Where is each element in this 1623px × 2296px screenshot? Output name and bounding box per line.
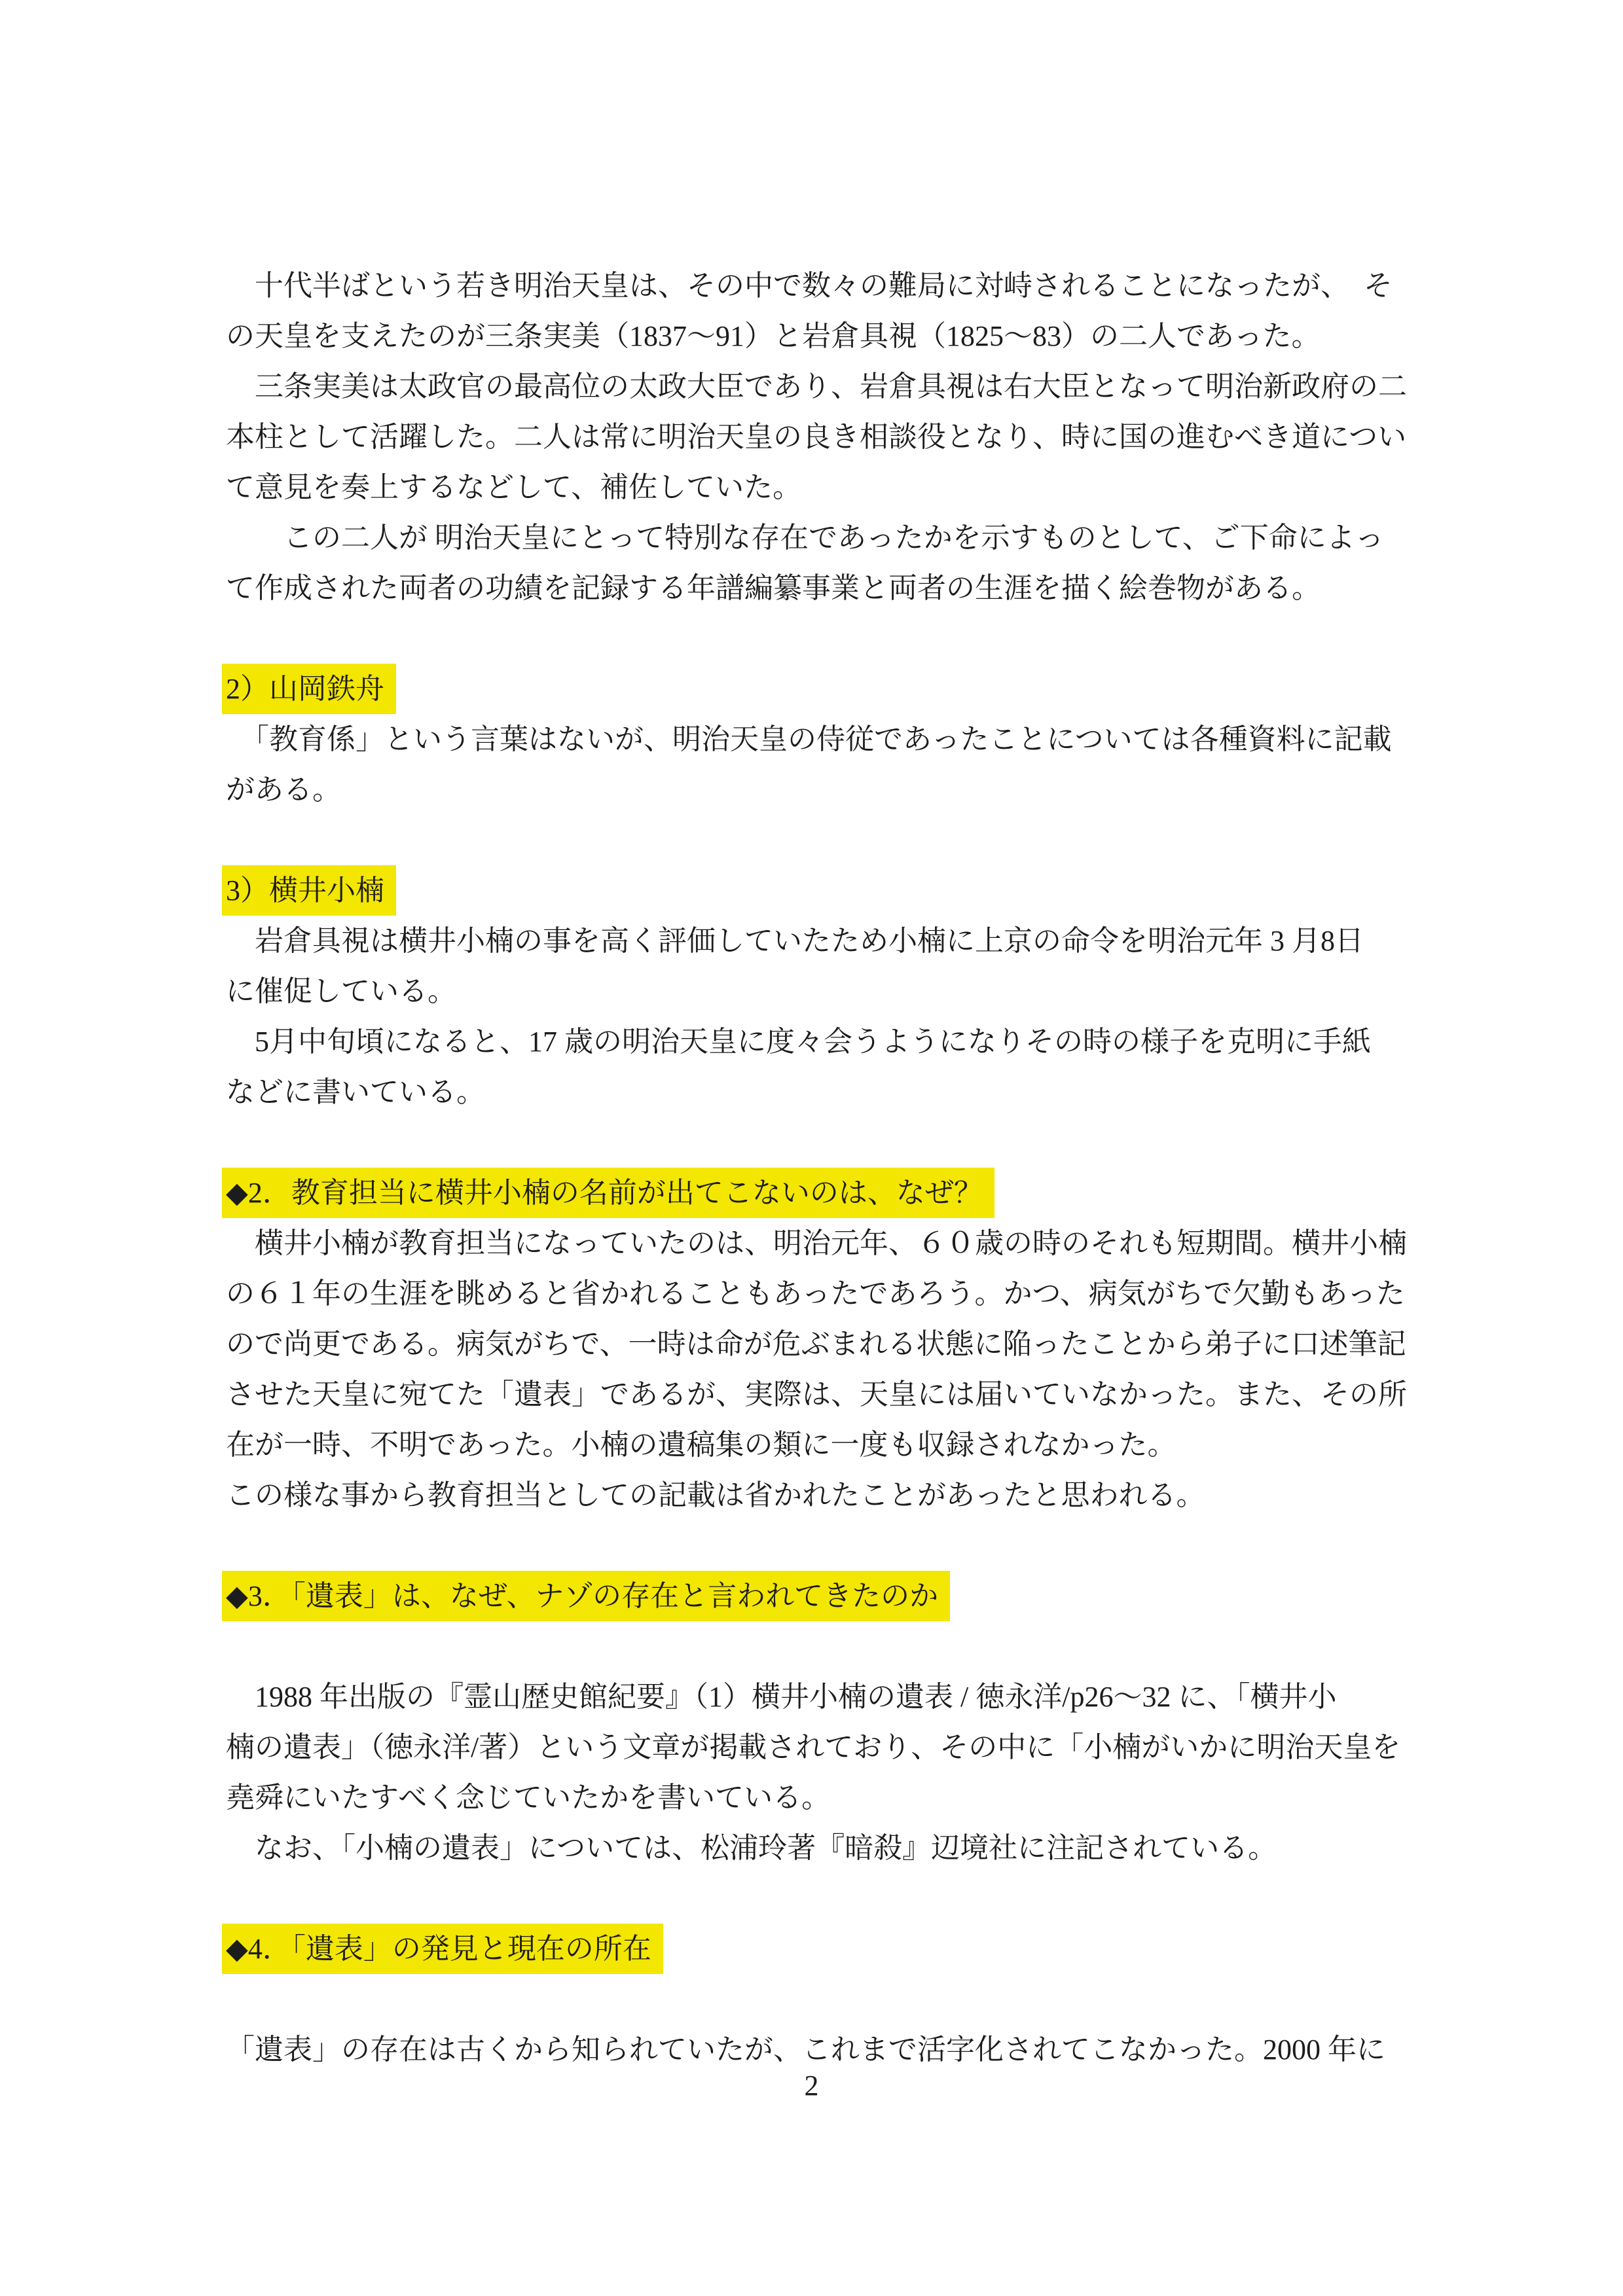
text-line: なお、「小楠の遺表」については、松浦玲著『暗殺』辺境社に注記されている。 <box>226 1823 1404 1873</box>
text-line: 堯舜にいたすべく念じていたかを書いている。 <box>226 1772 1404 1823</box>
text-line: の６１年の生涯を眺めると省かれることもあったであろう。かつ、病気がちで欠勤もあっ… <box>226 1268 1404 1319</box>
text-line: させた天皇に宛てた「遺表」であるが、実際は、天皇には届いていなかった。また、その… <box>226 1369 1404 1420</box>
text-line: の天皇を支えたのが三条実美（1837～91）と岩倉具視（1825～83）の二人で… <box>226 311 1404 361</box>
text-line: 横井小楠が教育担当になっていたのは、明治元年、６０歳の時のそれも短期間。横井小楠 <box>226 1218 1404 1268</box>
text-line: 本柱として活躍した。二人は常に明治天皇の良き相談役となり、時に国の進むべき道につ… <box>226 412 1404 462</box>
text-line: などに書いている。 <box>226 1067 1404 1117</box>
yellow-highlight: ◆4．「遺表」の発見と現在の所在 <box>222 1924 663 1974</box>
text-line: 楠の遺表」（徳永洋/著）という文章が掲載されており、その中に「小楠がいかに明治天… <box>226 1722 1404 1772</box>
yellow-highlight: 3）横井小楠 <box>222 865 396 916</box>
content-area: 十代半ばという若き明治天皇は、その中で数々の難局に対峙されることになったが、 そ… <box>226 260 1404 2075</box>
text-line: 岩倉具視は横井小楠の事を高く評価していたため小楠に上京の命令を明治元年 3 月8… <box>226 916 1404 966</box>
page-number: 2 <box>0 2060 1623 2111</box>
text-line: 1988 年出版の『霊山歴史館紀要』（1）横井小楠の遺表 / 徳永洋/p26～3… <box>226 1672 1404 1722</box>
blank-line <box>226 815 1404 865</box>
text-line: がある。 <box>226 764 1404 815</box>
blank-line <box>226 1873 1404 1924</box>
text-line: て作成された両者の功績を記録する年譜編纂事業と両者の生涯を描く絵巻物がある。 <box>226 563 1404 613</box>
document-page: 十代半ばという若き明治天皇は、その中で数々の難局に対峙されることになったが、 そ… <box>0 0 1623 2296</box>
text-line: この様な事から教育担当としての記載は省かれたことがあったと思われる。 <box>226 1470 1404 1520</box>
text-line: て意見を奏上するなどして、補佐していた。 <box>226 462 1404 512</box>
yellow-highlight: ◆2．教育担当に横井小楠の名前が出てこないのは、なぜ？ <box>222 1168 994 1218</box>
text-line: 「教育係」という言葉はないが、明治天皇の侍従であったことについては各種資料に記載 <box>226 714 1404 764</box>
text-line: 5月中旬頃になると、17 歳の明治天皇に度々会うようになりその時の様子を克明に手… <box>226 1016 1404 1067</box>
yellow-highlight: 2）山岡鉄舟 <box>222 664 396 714</box>
text-line: 三条実美は太政官の最高位の太政大臣であり、岩倉具視は右大臣となって明治新政府の二 <box>226 361 1404 412</box>
section-heading: ◆3．「遺表」は、なぜ、ナゾの存在と言われてきたのか <box>226 1571 1404 1621</box>
text-line: ので尚更である。病気がちで、一時は命が危ぶまれる状態に陥ったことから弟子に口述筆… <box>226 1319 1404 1369</box>
section-heading: 2）山岡鉄舟 <box>226 664 1404 714</box>
section-heading: ◆4．「遺表」の発見と現在の所在 <box>226 1924 1404 1974</box>
text-line: 十代半ばという若き明治天皇は、その中で数々の難局に対峙されることになったが、 そ <box>226 260 1404 311</box>
blank-line <box>226 1621 1404 1672</box>
section-heading: 3）横井小楠 <box>226 865 1404 916</box>
blank-line <box>226 1974 1404 2024</box>
text-line: 在が一時、不明であった。小楠の遺稿集の類に一度も収録されなかった。 <box>226 1420 1404 1470</box>
blank-line <box>226 1117 1404 1168</box>
text-line: に催促している。 <box>226 966 1404 1016</box>
blank-line <box>226 1520 1404 1571</box>
yellow-highlight: ◆3．「遺表」は、なぜ、ナゾの存在と言われてきたのか <box>222 1571 950 1621</box>
section-heading: ◆2．教育担当に横井小楠の名前が出てこないのは、なぜ？ <box>226 1168 1404 1218</box>
text-line: この二人が 明治天皇にとって特別な存在であったかを示すものとして、ご下命によっ <box>226 512 1404 563</box>
blank-line <box>226 613 1404 664</box>
